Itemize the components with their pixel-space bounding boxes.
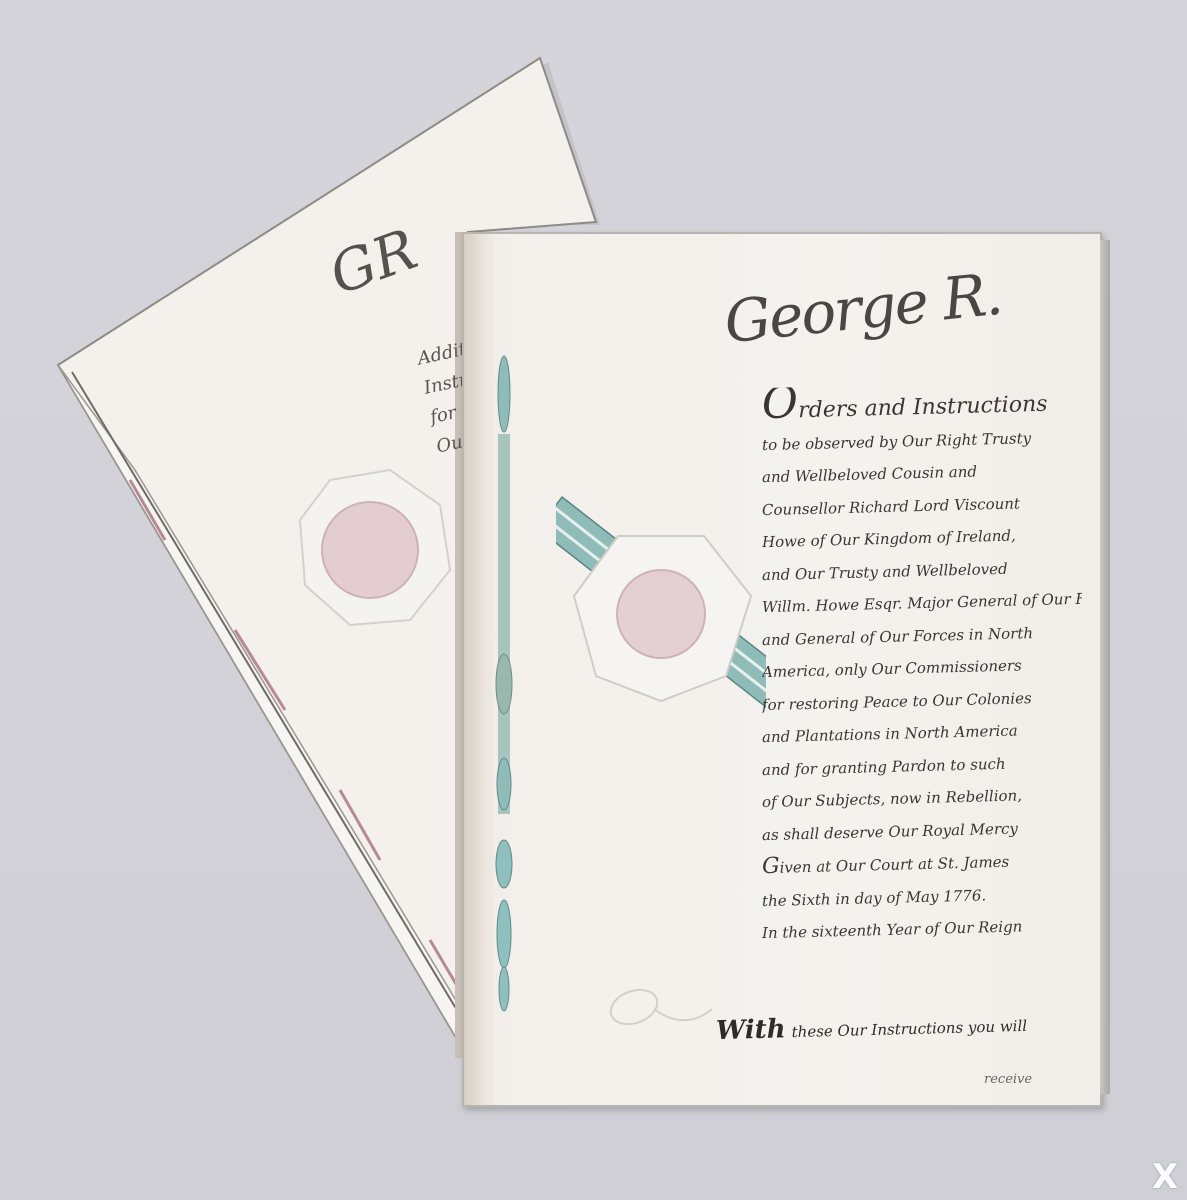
catchword: receive bbox=[984, 1072, 1032, 1087]
watermark-x-icon: X bbox=[1150, 1162, 1180, 1192]
closing-text: these Our Instructions you will bbox=[791, 1017, 1027, 1041]
heading-text: rders and Instructions bbox=[798, 392, 1048, 424]
document-spine bbox=[464, 234, 494, 1105]
ribbon-binding bbox=[492, 354, 516, 1014]
photo-scene: GR Additional Instructions for Our bbox=[0, 0, 1187, 1200]
reign-line: In the sixteenth Year of Our Reign bbox=[762, 909, 1083, 950]
page-edges bbox=[1100, 240, 1110, 1094]
closing-line: Withthese Our Instructions you will bbox=[716, 1008, 1028, 1046]
manuscript-text: Orders and Instructions to be observed b… bbox=[762, 384, 1082, 946]
closing-word: With bbox=[716, 1014, 786, 1046]
wax-seal-front bbox=[556, 496, 766, 716]
heading-capital: O bbox=[762, 380, 799, 429]
pen-flourish bbox=[604, 979, 714, 1039]
front-document: George R. Orders and Instructions to be … bbox=[462, 232, 1102, 1107]
given-capital: G bbox=[762, 854, 780, 879]
given-text: iven at Our Court at St. James bbox=[779, 853, 1009, 877]
royal-cipher-front: George R. bbox=[721, 260, 1004, 357]
